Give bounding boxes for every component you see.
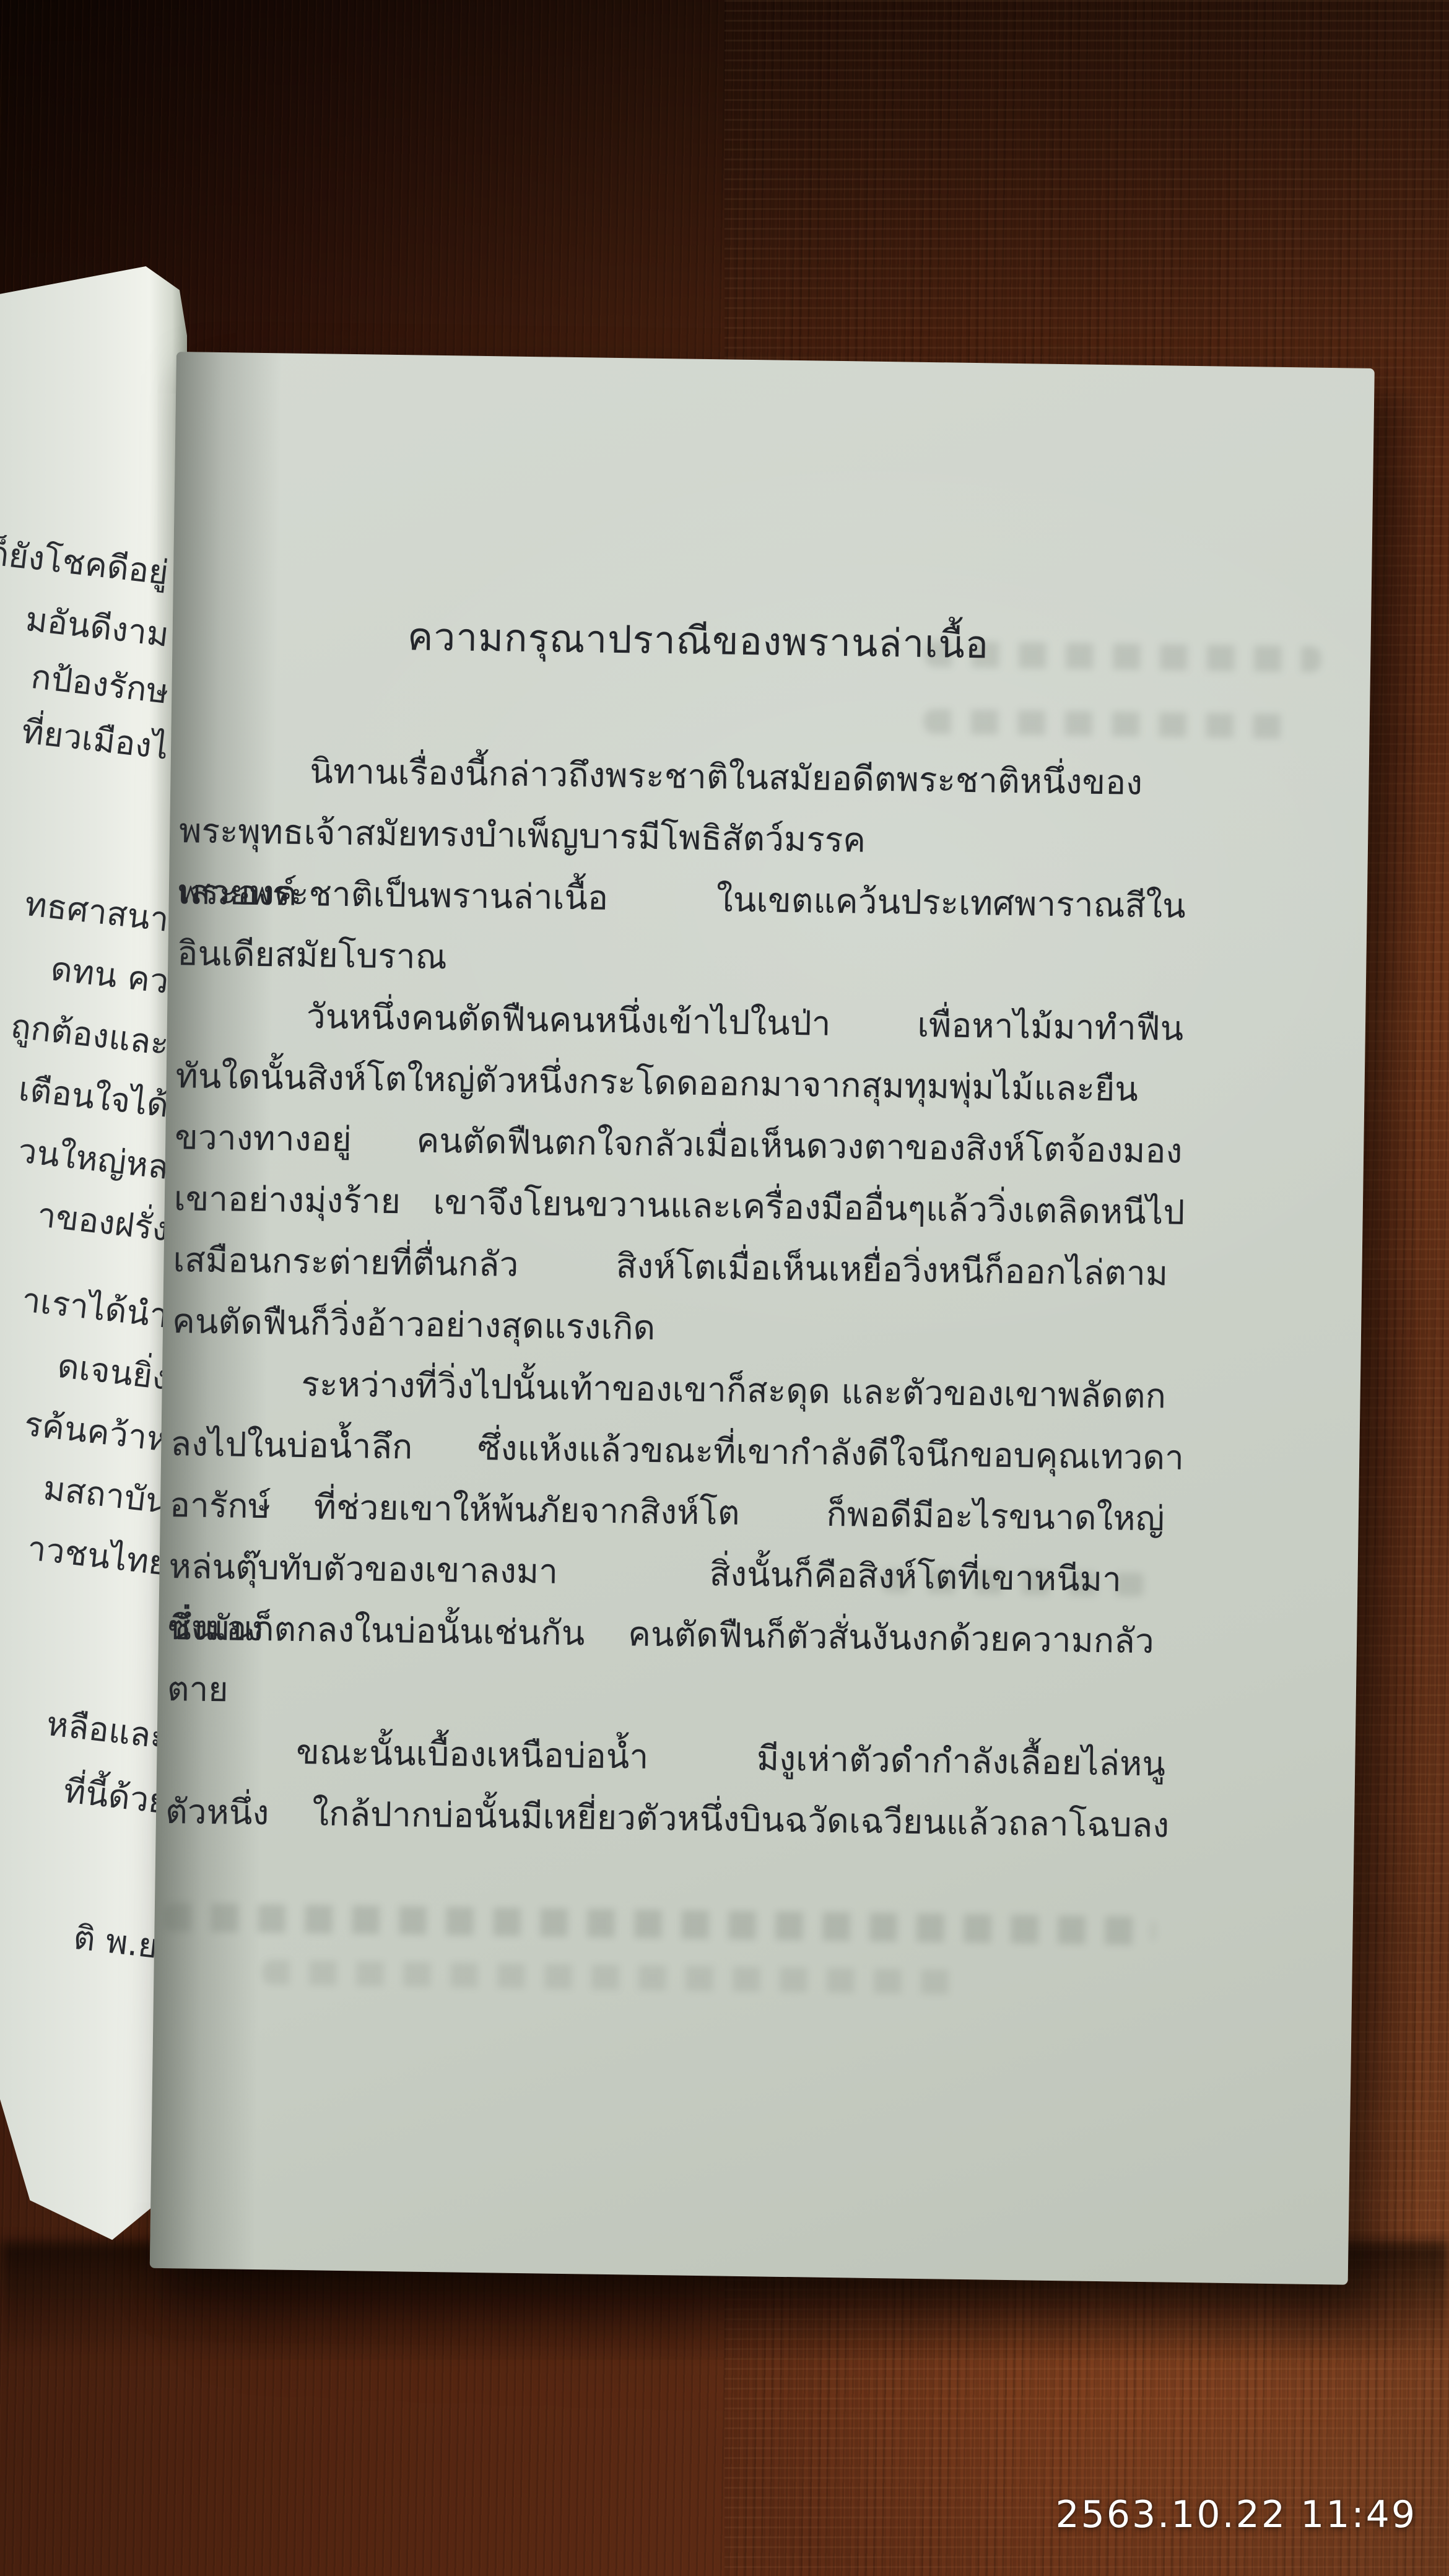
left-page-line-fragment: เตือนใจได้	[15, 1061, 172, 1134]
left-page-line-fragment: าของฝรั่ง	[34, 1186, 172, 1258]
left-page-line-fragment: ดเจนยิ่ง	[54, 1338, 172, 1407]
story-body: นิทานเรื่องนี้กล่าวถึงพระชาติในสมัยอดีตพ…	[165, 739, 1213, 1856]
left-page-line-fragment: าเราได้นำ	[19, 1271, 172, 1344]
left-page-line-fragment: ที่นี้ด้วย	[61, 1762, 172, 1831]
right-page: ความกรุณาปราณีของพรานล่าเนื้อ นิทานเรื่อ…	[150, 352, 1375, 2285]
left-page-line-fragment: าวชนไทย	[25, 1520, 172, 1592]
left-page-line-fragment: ทธศาสนา	[22, 876, 172, 949]
page-text: ความกรุณาปราณีของพรานล่าเนื้อ นิทานเรื่อ…	[165, 599, 1215, 1856]
left-page-line-fragment: ก็ยังโชคดีอยู่	[0, 524, 172, 601]
photo-of-open-book: ก็ยังโชคดีอยู่มอันดีงามกป้องรักษที่ยวเมื…	[0, 0, 1449, 2576]
left-page-line-fragment: หลือและ	[43, 1695, 172, 1766]
camera-timestamp: 2563.10.22 11:49	[1055, 2493, 1417, 2536]
left-page-line-fragment: รค้นคว้าห	[21, 1396, 172, 1469]
left-page-line-fragment: วนใหญ่หล	[15, 1123, 172, 1196]
left-page-line-fragment: ดทน คว	[48, 941, 172, 1011]
story-title: ความกรุณาปราณีของพรานล่าเนื้อ	[181, 599, 1215, 682]
left-page-line-fragment: มสถาบัน	[40, 1460, 172, 1530]
